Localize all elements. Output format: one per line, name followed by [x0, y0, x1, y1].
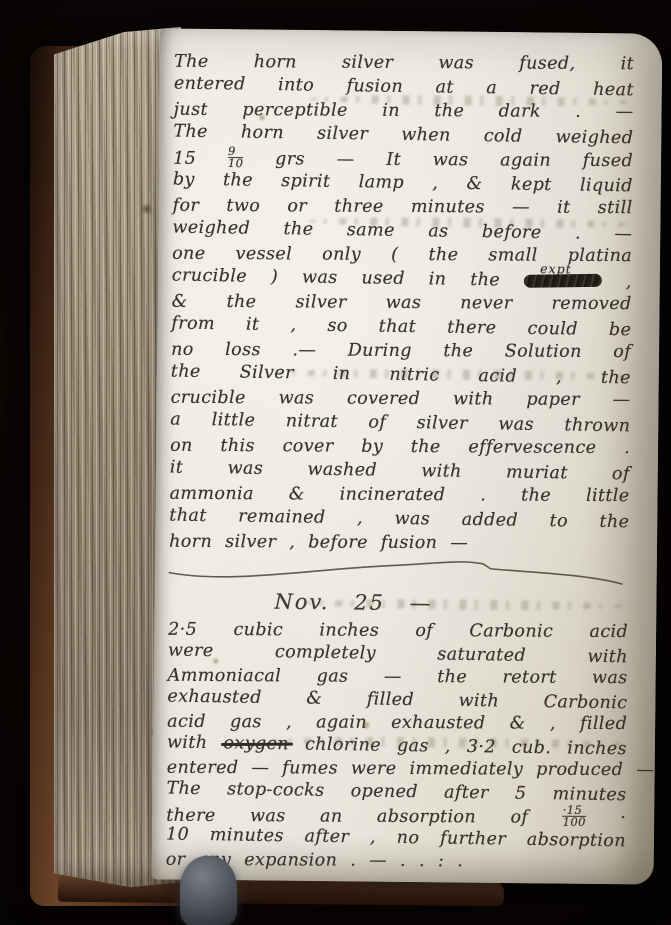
- fraction: ·15100: [563, 805, 586, 828]
- correction: expt: [524, 269, 602, 294]
- notebook-page: The horn silver was fused, it entered in…: [152, 28, 663, 884]
- struck-out-word: oxygen: [223, 733, 289, 754]
- scribbled-out-word: [524, 274, 602, 288]
- page-weight: [180, 856, 237, 925]
- manuscript-line: or any expansion . — . . : .: [166, 849, 626, 874]
- manuscript-text: The horn silver was fused, it entered in…: [166, 49, 635, 876]
- foxing-spot: [140, 203, 154, 215]
- entry-nov25: 2·5 cubic inches of Carbonic acid were c…: [166, 618, 629, 876]
- entry-nov24: The horn silver was fused, it entered in…: [169, 49, 634, 558]
- manuscript-line: horn silver , before fusion —: [169, 530, 629, 556]
- weight-value: 15: [173, 149, 196, 169]
- flourish-separator-line: [165, 554, 627, 589]
- photograph-of-notebook: The horn silver was fused, it entered in…: [0, 0, 671, 925]
- fraction: 910: [228, 146, 244, 169]
- entry-date-heading: Nov. 25 —: [168, 585, 628, 623]
